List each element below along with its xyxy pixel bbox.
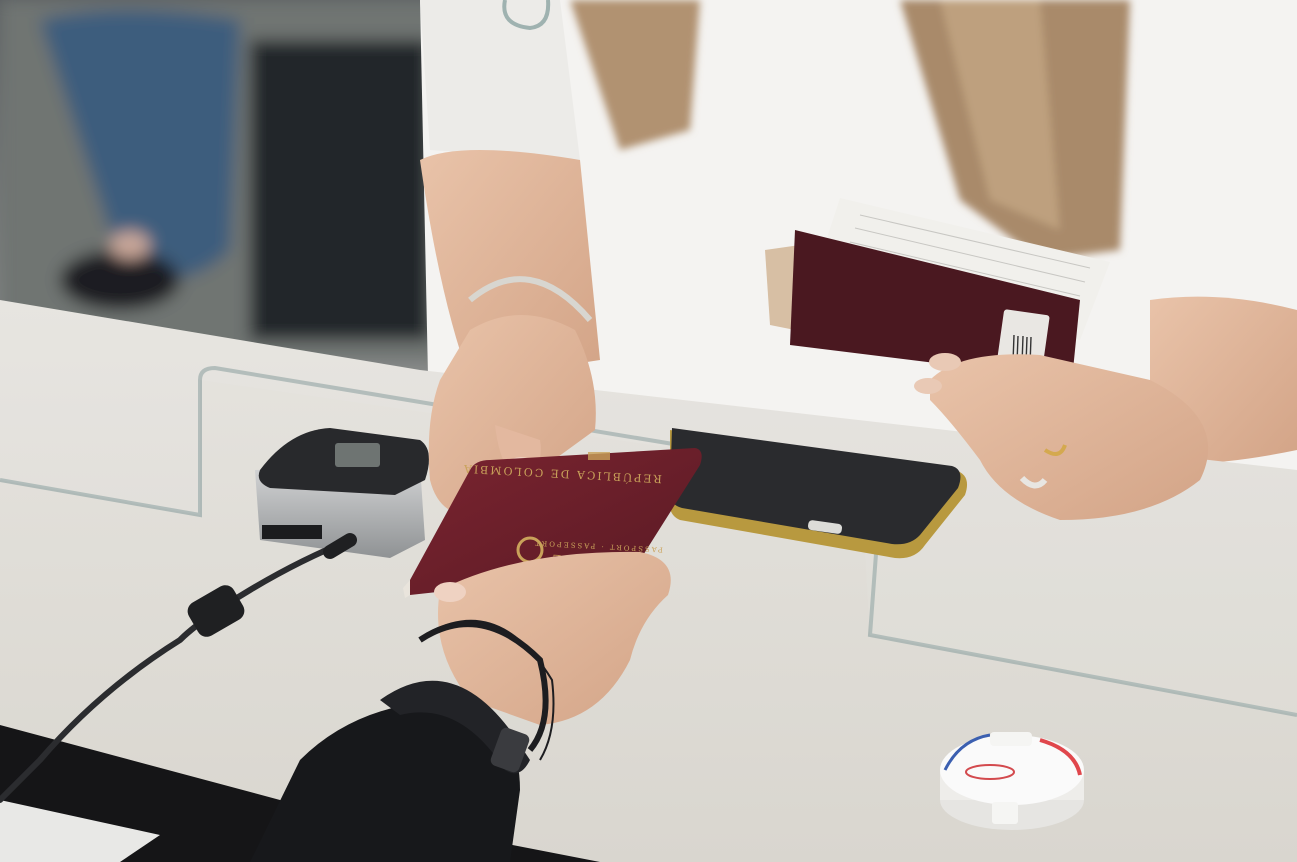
scene-illustration: REPÚBLICA DE COLOMBIA PASAPORTE PASSPORT… xyxy=(0,0,1297,862)
photo-scene: REPÚBLICA DE COLOMBIA PASAPORTE PASSPORT… xyxy=(0,0,1297,862)
round-container xyxy=(940,732,1084,830)
chip-symbol-icon xyxy=(588,452,610,460)
